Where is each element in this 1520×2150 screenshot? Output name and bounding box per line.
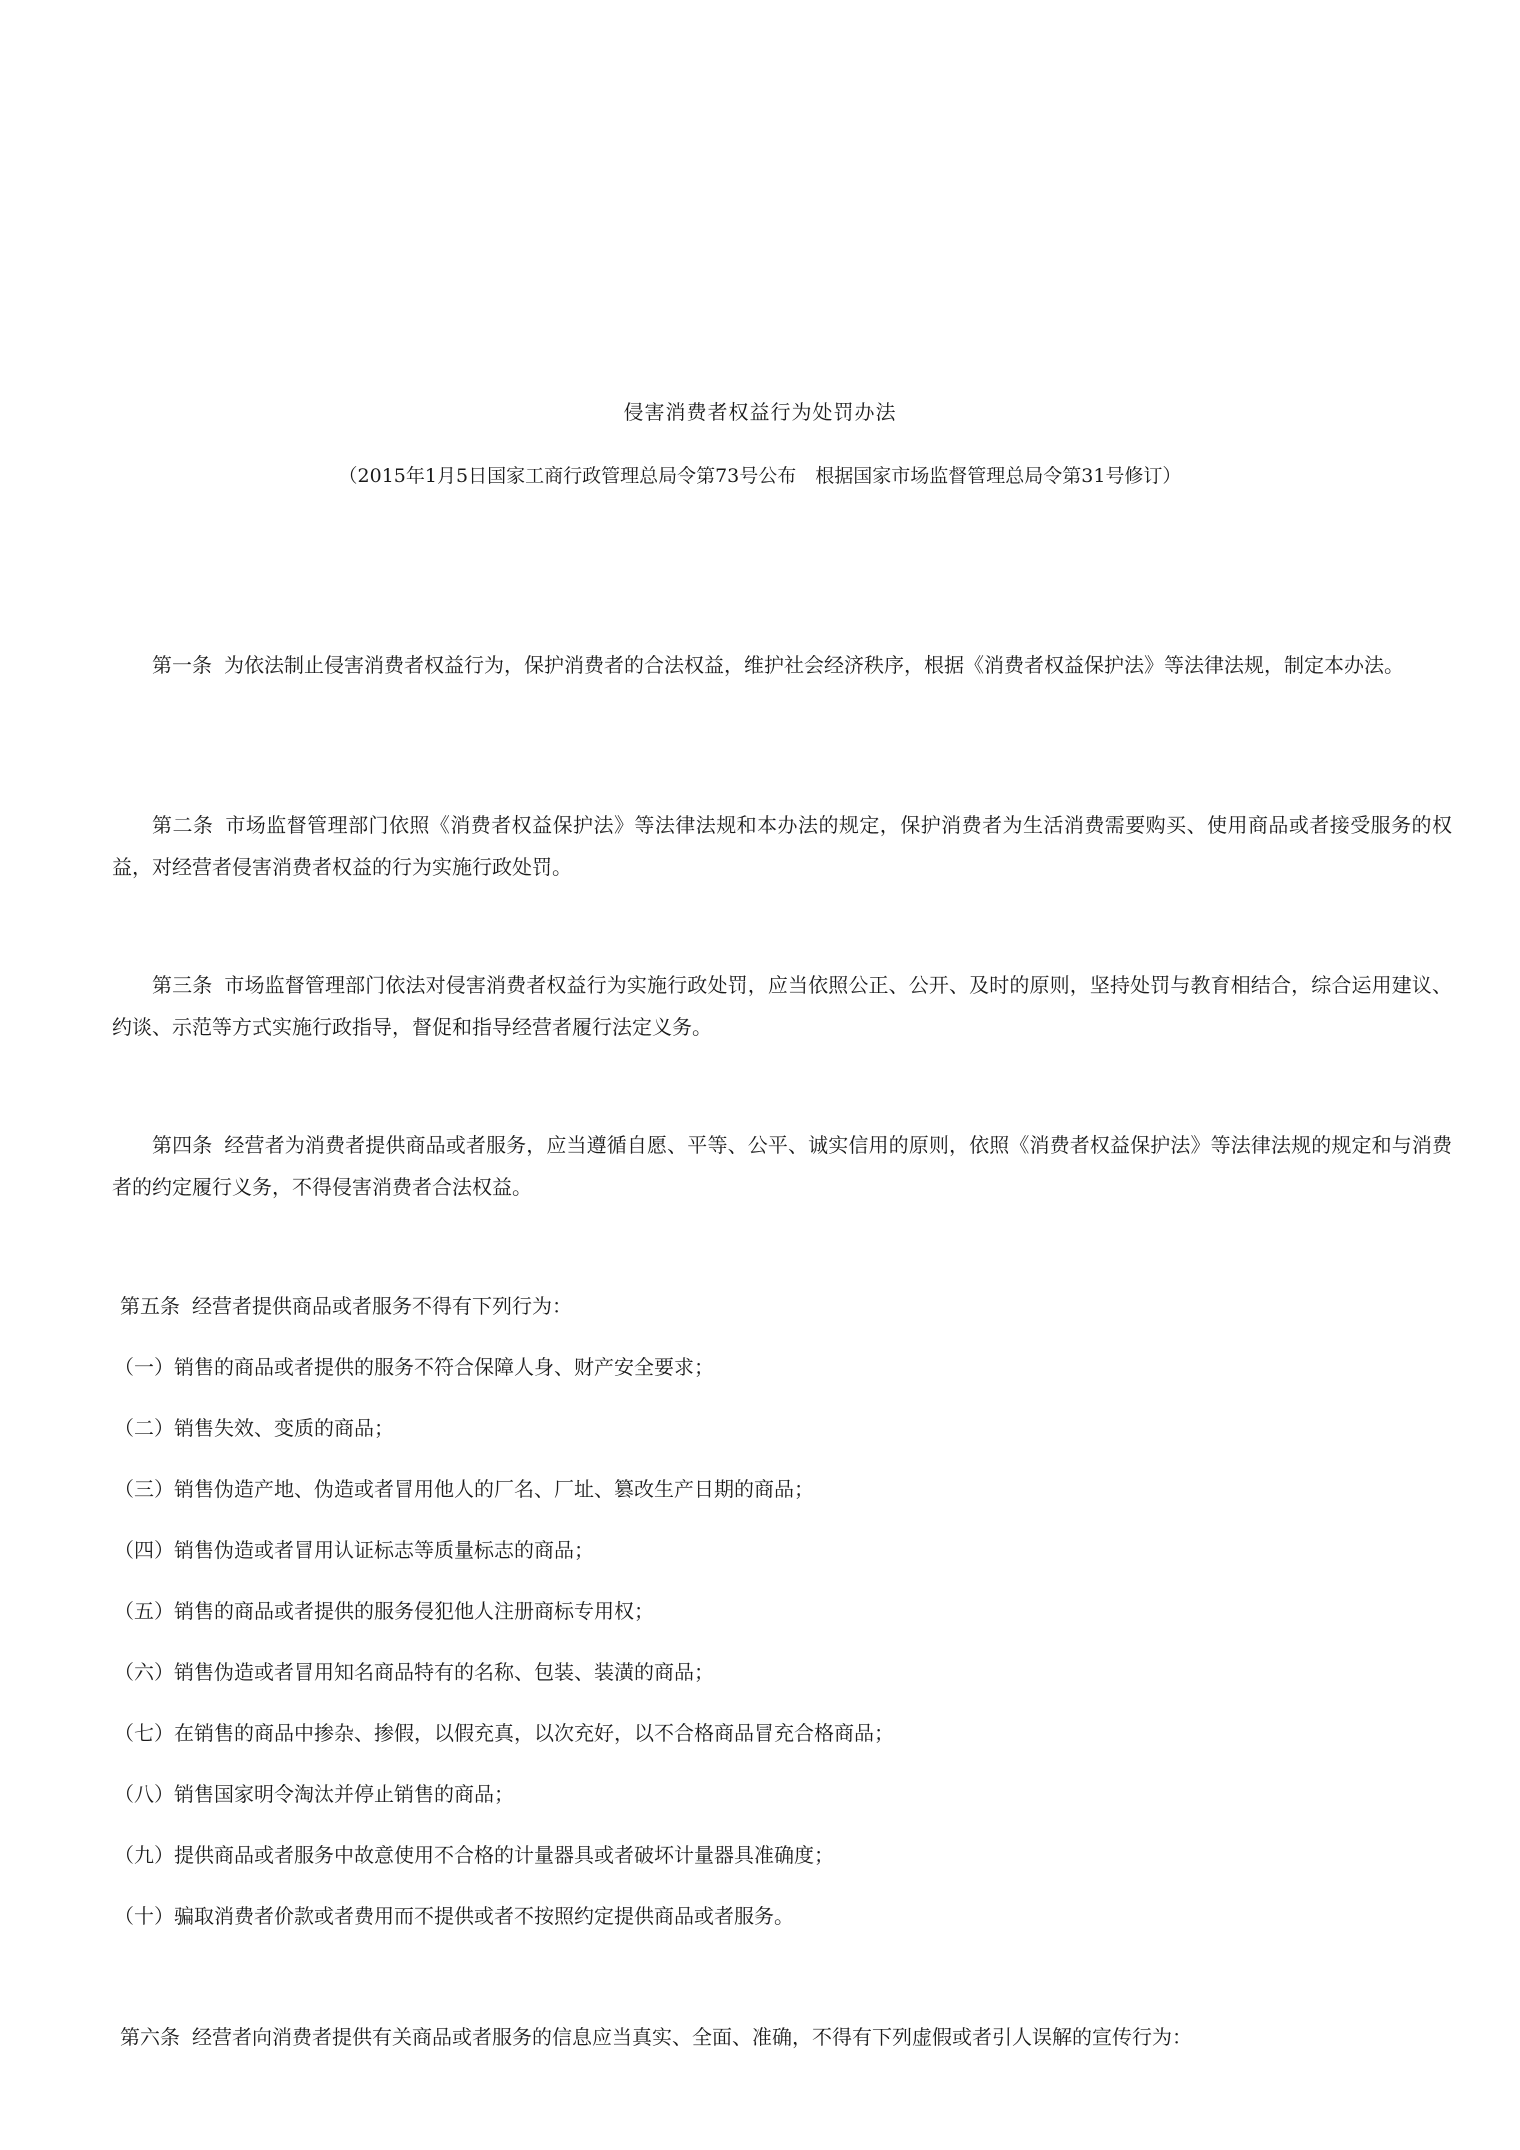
article-3: 第三条市场监督管理部门依法对侵害消费者权益行为实施行政处罚，应当依照公正、公开、…	[112, 964, 1452, 1048]
article-6: 第六条经营者向消费者提供有关商品或者服务的信息应当真实、全面、准确，不得有下列虚…	[120, 2023, 1192, 2051]
article-text: 经营者提供商品或者服务不得有下列行为：	[192, 1294, 572, 1318]
article-number: 第五条	[120, 1294, 180, 1318]
item-marker: （五）	[114, 1599, 174, 1623]
document-title: 侵害消费者权益行为处罚办法	[0, 398, 1520, 426]
article-number: 第一条	[152, 653, 212, 677]
article-2: 第二条市场监督管理部门依照《消费者权益保护法》等法律法规和本办法的规定，保护消费…	[112, 804, 1452, 888]
list-item: （八）销售国家明令淘汰并停止销售的商品；	[114, 1780, 514, 1808]
item-text: 销售国家明令淘汰并停止销售的商品；	[174, 1782, 514, 1806]
list-item: （九）提供商品或者服务中故意使用不合格的计量器具或者破坏计量器具准确度；	[114, 1841, 834, 1869]
article-text: 市场监督管理部门依法对侵害消费者权益行为实施行政处罚，应当依照公正、公开、及时的…	[112, 973, 1452, 1039]
article-text: 市场监督管理部门依照《消费者权益保护法》等法律法规和本办法的规定，保护消费者为生…	[112, 813, 1452, 879]
item-text: 销售的商品或者提供的服务侵犯他人注册商标专用权；	[174, 1599, 654, 1623]
item-text: 销售失效、变质的商品；	[174, 1416, 394, 1440]
item-marker: （二）	[114, 1416, 174, 1440]
article-number: 第四条	[152, 1133, 212, 1157]
item-marker: （一）	[114, 1355, 174, 1379]
article-text: 经营者向消费者提供有关商品或者服务的信息应当真实、全面、准确，不得有下列虚假或者…	[192, 2025, 1192, 2049]
article-1: 第一条为依法制止侵害消费者权益行为，保护消费者的合法权益，维护社会经济秩序，根据…	[112, 644, 1452, 686]
item-text: 销售伪造或者冒用知名商品特有的名称、包装、装潢的商品；	[174, 1660, 714, 1684]
item-text: 销售伪造产地、伪造或者冒用他人的厂名、厂址、篡改生产日期的商品；	[174, 1477, 814, 1501]
list-item: （四）销售伪造或者冒用认证标志等质量标志的商品；	[114, 1536, 594, 1564]
list-item: （十）骗取消费者价款或者费用而不提供或者不按照约定提供商品或者服务。	[114, 1902, 794, 1930]
article-4: 第四条经营者为消费者提供商品或者服务，应当遵循自愿、平等、公平、诚实信用的原则，…	[112, 1124, 1452, 1208]
article-text: 经营者为消费者提供商品或者服务，应当遵循自愿、平等、公平、诚实信用的原则，依照《…	[112, 1133, 1452, 1199]
list-item: （一）销售的商品或者提供的服务不符合保障人身、财产安全要求；	[114, 1353, 714, 1381]
list-item: （七）在销售的商品中掺杂、掺假，以假充真，以次充好，以不合格商品冒充合格商品；	[114, 1719, 894, 1747]
list-item: （三）销售伪造产地、伪造或者冒用他人的厂名、厂址、篡改生产日期的商品；	[114, 1475, 814, 1503]
item-text: 销售的商品或者提供的服务不符合保障人身、财产安全要求；	[174, 1355, 714, 1379]
document-subtitle: （2015年1月5日国家工商行政管理总局令第73号公布 根据国家市场监督管理总局…	[0, 462, 1520, 490]
item-text: 提供商品或者服务中故意使用不合格的计量器具或者破坏计量器具准确度；	[174, 1843, 834, 1867]
article-number: 第三条	[152, 973, 212, 997]
list-item: （二）销售失效、变质的商品；	[114, 1414, 394, 1442]
item-text: 骗取消费者价款或者费用而不提供或者不按照约定提供商品或者服务。	[174, 1904, 794, 1928]
item-marker: （九）	[114, 1843, 174, 1867]
item-text: 在销售的商品中掺杂、掺假，以假充真，以次充好，以不合格商品冒充合格商品；	[174, 1721, 894, 1745]
article-number: 第二条	[152, 813, 213, 837]
item-marker: （三）	[114, 1477, 174, 1501]
item-marker: （八）	[114, 1782, 174, 1806]
item-marker: （七）	[114, 1721, 174, 1745]
item-text: 销售伪造或者冒用认证标志等质量标志的商品；	[174, 1538, 594, 1562]
item-marker: （四）	[114, 1538, 174, 1562]
article-number: 第六条	[120, 2025, 180, 2049]
article-5: 第五条经营者提供商品或者服务不得有下列行为：	[120, 1292, 572, 1320]
item-marker: （十）	[114, 1904, 174, 1928]
item-marker: （六）	[114, 1660, 174, 1684]
list-item: （六）销售伪造或者冒用知名商品特有的名称、包装、装潢的商品；	[114, 1658, 714, 1686]
list-item: （五）销售的商品或者提供的服务侵犯他人注册商标专用权；	[114, 1597, 654, 1625]
article-text: 为依法制止侵害消费者权益行为，保护消费者的合法权益，维护社会经济秩序，根据《消费…	[224, 653, 1404, 677]
document-page: 侵害消费者权益行为处罚办法 （2015年1月5日国家工商行政管理总局令第73号公…	[0, 0, 1520, 2150]
